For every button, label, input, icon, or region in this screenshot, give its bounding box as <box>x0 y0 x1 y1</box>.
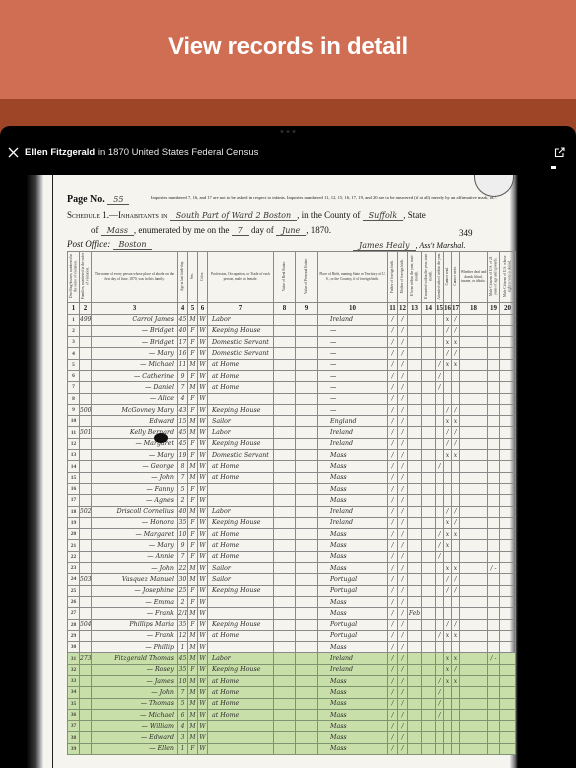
cell-f: / <box>388 676 398 687</box>
table-row[interactable]: 27— Frank2/12MWMass//Feb <box>68 608 516 619</box>
cell-f: / <box>388 404 398 415</box>
cell-dwelling <box>80 540 92 551</box>
cell-f: / <box>388 574 398 585</box>
cell-dwelling: 273 <box>80 653 92 664</box>
cell-empty <box>274 743 296 754</box>
cell-name: — Edward <box>92 732 178 743</box>
cell-write <box>452 370 460 381</box>
cell-read: / <box>444 404 452 415</box>
cell-read: x <box>444 529 452 540</box>
cell-age: 1 <box>178 743 188 754</box>
cell-cit <box>488 529 500 540</box>
marshal-signature: James Healy <box>353 241 416 251</box>
cell-m: / <box>398 721 408 732</box>
cell-empty <box>460 517 488 528</box>
table-row[interactable]: 2— Bridget40FWKeeping House—//// <box>68 325 516 336</box>
table-row[interactable]: 18502Driscoll Cornelius40MWLaborIreland/… <box>68 506 516 517</box>
table-row[interactable]: 9500McGovney Mary43FWKeeping House—//// <box>68 404 516 415</box>
cell-sex: M <box>188 359 198 370</box>
table-row[interactable]: 26— Emma2FWMass// <box>68 596 516 607</box>
cell-pob: Mass <box>318 721 388 732</box>
cell-sex: M <box>188 709 198 720</box>
cell-age: 7 <box>178 551 188 562</box>
cell-age: 15 <box>178 416 188 427</box>
sheet-drag-handle[interactable] <box>281 130 296 133</box>
table-row-highlighted[interactable]: 31273Fitzgerald Thomas45MWLaborIreland//… <box>68 653 516 664</box>
cell-cit <box>488 404 500 415</box>
table-row[interactable]: 12— Margaret45FWKeeping HouseIreland//// <box>68 438 516 449</box>
cell-pob: — <box>318 404 388 415</box>
cell-line: 24 <box>68 574 80 585</box>
table-row-highlighted[interactable]: 33— James10MWat HomeMass///xx <box>68 676 516 687</box>
cell-empty <box>460 472 488 483</box>
cell-dwelling <box>80 596 92 607</box>
cell-cit <box>488 687 500 698</box>
table-row[interactable]: 4— Mary16FWDomestic Servant—//// <box>68 348 516 359</box>
cell-sex: M <box>188 698 198 709</box>
cell-m: / <box>398 551 408 562</box>
cell-empty <box>460 630 488 641</box>
cell-empty <box>460 314 488 325</box>
table-row-highlighted[interactable]: 39— Ellen1FWMass// <box>68 743 516 754</box>
cell-empty <box>422 551 436 562</box>
cell-empty <box>296 348 318 359</box>
cell-born <box>408 472 422 483</box>
cell-line: 1 <box>68 314 80 325</box>
cell-write <box>452 483 460 494</box>
cell-empty <box>296 416 318 427</box>
cell-pob: Portugal <box>318 585 388 596</box>
cell-empty <box>422 743 436 754</box>
cell-f: / <box>388 359 398 370</box>
cell-empty <box>422 653 436 664</box>
cell-line: 13 <box>68 450 80 461</box>
cell-f: / <box>388 506 398 517</box>
table-row[interactable]: 24503Vasquez Manuel30MWSailorPortugal///… <box>68 574 516 585</box>
cell-dwelling <box>80 642 92 653</box>
cell-name: — Mary <box>92 348 178 359</box>
marshal-line: James Healy, Ass't Marshal. <box>353 241 466 250</box>
cell-empty <box>500 574 516 585</box>
cell-write: / <box>452 574 460 585</box>
cell-empty <box>274 483 296 494</box>
cell-school <box>436 563 444 574</box>
cell-empty <box>274 709 296 720</box>
cell-name: — John <box>92 687 178 698</box>
table-row[interactable]: 14— George8MWat HomeMass/// <box>68 461 516 472</box>
cell-pob: Portugal <box>318 619 388 630</box>
cell-empty <box>500 450 516 461</box>
cell-born <box>408 370 422 381</box>
cell-sex: F <box>188 483 198 494</box>
cell-empty <box>274 608 296 619</box>
cell-empty <box>274 574 296 585</box>
cell-dwelling <box>80 664 92 675</box>
cell-color: W <box>198 495 208 506</box>
cell-name: — George <box>92 461 178 472</box>
cell-write: / <box>452 517 460 528</box>
cell-empty <box>500 438 516 449</box>
cell-m: / <box>398 427 408 438</box>
cell-name: — Mary <box>92 540 178 551</box>
cell-school: / <box>436 698 444 709</box>
cell-age: 5 <box>178 483 188 494</box>
cell-empty <box>500 630 516 641</box>
cell-school: / <box>436 461 444 472</box>
cell-read <box>444 732 452 743</box>
cell-line: 37 <box>68 721 80 732</box>
cell-read: / <box>444 325 452 336</box>
cell-occupation: at Home <box>208 551 274 562</box>
cell-empty <box>274 382 296 393</box>
cell-empty <box>500 416 516 427</box>
table-row-highlighted[interactable]: 38— Edward3MWMass// <box>68 732 516 743</box>
cell-empty <box>460 619 488 630</box>
table-row-highlighted[interactable]: 37— William4MWMass// <box>68 721 516 732</box>
cell-empty <box>296 404 318 415</box>
cell-empty <box>274 506 296 517</box>
cell-cit <box>488 416 500 427</box>
cell-read: / <box>444 348 452 359</box>
cell-empty <box>500 393 516 404</box>
cell-write <box>452 551 460 562</box>
cell-empty <box>460 450 488 461</box>
cell-empty <box>460 427 488 438</box>
cell-empty <box>422 370 436 381</box>
cell-age: 6 <box>178 709 188 720</box>
table-row[interactable]: 7— Daniel7MWat Home—/// <box>68 382 516 393</box>
cell-cit <box>488 506 500 517</box>
cell-empty <box>274 596 296 607</box>
cell-write <box>452 596 460 607</box>
cell-age: 43 <box>178 404 188 415</box>
cell-cit <box>488 619 500 630</box>
cell-f: / <box>388 370 398 381</box>
cell-empty <box>460 676 488 687</box>
table-row-highlighted[interactable]: 32— Rosey35FWKeeping HouseIreland//x/ <box>68 664 516 675</box>
cell-empty <box>422 450 436 461</box>
cell-m: / <box>398 393 408 404</box>
table-row[interactable]: 17— Agnes2FWMass// <box>68 495 516 506</box>
cell-pob: — <box>318 337 388 348</box>
cell-occupation: Keeping House <box>208 619 274 630</box>
cell-born <box>408 585 422 596</box>
cell-cit <box>488 359 500 370</box>
cell-m: / <box>398 743 408 754</box>
cell-born <box>408 709 422 720</box>
cell-read <box>444 382 452 393</box>
cell-empty <box>460 359 488 370</box>
cell-name: — Catherine <box>92 370 178 381</box>
table-row[interactable]: 22— Annie7FWat HomeMass/// <box>68 551 516 562</box>
cell-read: / <box>444 506 452 517</box>
cell-occupation: Keeping House <box>208 325 274 336</box>
cell-occupation: Labor <box>208 506 274 517</box>
cell-empty <box>274 653 296 664</box>
cell-write: x <box>452 359 460 370</box>
cell-cit <box>488 721 500 732</box>
table-row[interactable]: 28504Phillips Maria35FWKeeping HousePort… <box>68 619 516 630</box>
table-row[interactable]: 19— Honora35FWKeeping HouseIreland//x/ <box>68 517 516 528</box>
cell-age: 7 <box>178 472 188 483</box>
cell-line: 18 <box>68 506 80 517</box>
cell-cit <box>488 709 500 720</box>
table-row[interactable]: 3— Bridget17FWDomestic Servant—//xx <box>68 337 516 348</box>
cell-age: 19 <box>178 450 188 461</box>
table-row[interactable]: 25— Josephine25FWKeeping HousePortugal//… <box>68 585 516 596</box>
cell-write: / <box>452 506 460 517</box>
cell-f: / <box>388 721 398 732</box>
cell-line: 11 <box>68 427 80 438</box>
cell-color: W <box>198 348 208 359</box>
table-row[interactable]: 16— Fanny5FWMass// <box>68 483 516 494</box>
table-row-highlighted[interactable]: 36— Michael6MWat HomeMass/// <box>68 709 516 720</box>
cell-f: / <box>388 325 398 336</box>
column-number-row: 123 456 789 101112 131415 161718 1920 <box>68 302 516 314</box>
cell-f: / <box>388 743 398 754</box>
table-row[interactable]: 29— Frank12MWat HomePortugal///xx <box>68 630 516 641</box>
cell-empty <box>460 438 488 449</box>
cell-write <box>452 709 460 720</box>
cell-read <box>444 596 452 607</box>
day-value: 7 <box>232 226 249 236</box>
table-row-highlighted[interactable]: 35— Thomas5MWat HomeMass/// <box>68 698 516 709</box>
cell-born <box>408 416 422 427</box>
cell-empty <box>500 619 516 630</box>
cell-occupation: at Home <box>208 630 274 641</box>
cell-empty <box>296 721 318 732</box>
close-button[interactable] <box>2 141 24 163</box>
cell-cit <box>488 450 500 461</box>
table-row[interactable]: 11501Kelly Bernard45MWLaborIreland//// <box>68 427 516 438</box>
cell-empty <box>500 517 516 528</box>
cell-f: / <box>388 563 398 574</box>
cell-write <box>452 495 460 506</box>
cell-school <box>436 619 444 630</box>
cell-born <box>408 529 422 540</box>
cell-cit <box>488 472 500 483</box>
cell-name: — John <box>92 563 178 574</box>
cell-empty <box>500 337 516 348</box>
cell-sex: F <box>188 495 198 506</box>
cell-m: / <box>398 506 408 517</box>
cell-empty <box>460 551 488 562</box>
census-page-image[interactable]: Page No. 55 Inquiries numbered 7, 16, an… <box>44 175 510 768</box>
scrollbar-thumb[interactable] <box>551 166 556 169</box>
cell-school <box>436 721 444 732</box>
cell-line: 38 <box>68 732 80 743</box>
cell-occupation: Keeping House <box>208 664 274 675</box>
cell-empty <box>500 483 516 494</box>
cell-empty <box>274 529 296 540</box>
cell-f: / <box>388 472 398 483</box>
cell-write: x <box>452 416 460 427</box>
cell-dwelling <box>80 732 92 743</box>
cell-write: / <box>452 664 460 675</box>
cell-dwelling <box>80 438 92 449</box>
table-row[interactable]: 1499Carrol James45MWLaborIreland//x/ <box>68 314 516 325</box>
cell-school: / <box>436 630 444 641</box>
cell-pob: Mass <box>318 461 388 472</box>
cell-write: / <box>452 427 460 438</box>
cell-color: W <box>198 382 208 393</box>
cell-line: 3 <box>68 337 80 348</box>
open-external-button[interactable] <box>550 143 568 161</box>
cell-f: / <box>388 393 398 404</box>
cell-line: 34 <box>68 687 80 698</box>
cell-dwelling <box>80 337 92 348</box>
cell-line: 27 <box>68 608 80 619</box>
cell-color: W <box>198 709 208 720</box>
cell-empty <box>274 642 296 653</box>
cell-occupation: Labor <box>208 427 274 438</box>
cell-sex: F <box>188 551 198 562</box>
cell-dwelling: 503 <box>80 574 92 585</box>
cell-sex: M <box>188 608 198 619</box>
cell-empty <box>274 619 296 630</box>
cell-line: 16 <box>68 483 80 494</box>
cell-empty <box>500 732 516 743</box>
cell-color: W <box>198 732 208 743</box>
cell-color: W <box>198 619 208 630</box>
table-row[interactable]: 8— Alice4FW—// <box>68 393 516 404</box>
cell-empty <box>460 709 488 720</box>
cell-line: 5 <box>68 359 80 370</box>
cell-occupation: Sailor <box>208 563 274 574</box>
cell-cit <box>488 461 500 472</box>
cell-empty <box>422 314 436 325</box>
cell-occupation: Labor <box>208 314 274 325</box>
table-row[interactable]: 23— John22MWSailorMass//xx/ - <box>68 563 516 574</box>
cell-occupation <box>208 495 274 506</box>
cell-write <box>452 642 460 653</box>
cell-empty <box>460 540 488 551</box>
cell-school <box>436 337 444 348</box>
cell-color: W <box>198 314 208 325</box>
viewer-topbar: Ellen Fitzgerald in 1870 United States F… <box>0 140 576 164</box>
cell-school <box>436 438 444 449</box>
cell-empty <box>500 653 516 664</box>
cell-born <box>408 382 422 393</box>
cell-pob: Mass <box>318 540 388 551</box>
cell-m: / <box>398 574 408 585</box>
cell-dwelling <box>80 517 92 528</box>
cell-school <box>436 472 444 483</box>
cell-write <box>452 461 460 472</box>
cell-empty <box>296 427 318 438</box>
cell-m: / <box>398 495 408 506</box>
cell-read <box>444 551 452 562</box>
cell-born <box>408 664 422 675</box>
cell-born <box>408 540 422 551</box>
cell-empty <box>296 743 318 754</box>
cell-read <box>444 698 452 709</box>
table-row[interactable]: 6— Catherine9FWat Home—/// <box>68 370 516 381</box>
cell-pob: Mass <box>318 698 388 709</box>
cell-born <box>408 743 422 754</box>
cell-read: x <box>444 630 452 641</box>
cell-born <box>408 551 422 562</box>
cell-age: 45 <box>178 427 188 438</box>
cell-m: / <box>398 676 408 687</box>
cell-read: x <box>444 664 452 675</box>
cell-m: / <box>398 698 408 709</box>
cell-occupation <box>208 743 274 754</box>
cell-empty <box>460 608 488 619</box>
cell-line: 2 <box>68 325 80 336</box>
cell-pob: Portugal <box>318 574 388 585</box>
cell-line: 28 <box>68 619 80 630</box>
cell-age: 10 <box>178 529 188 540</box>
cell-empty <box>460 732 488 743</box>
table-row[interactable]: 15— John7MWat HomeMass// <box>68 472 516 483</box>
cell-sex: M <box>188 382 198 393</box>
cell-color: W <box>198 608 208 619</box>
enumeration-line: of Mass, enumerated by me on the 7 day o… <box>91 225 331 235</box>
cell-color: W <box>198 416 208 427</box>
cell-empty <box>500 540 516 551</box>
cell-color: W <box>198 483 208 494</box>
cell-pob: Portugal <box>318 630 388 641</box>
cell-empty <box>422 642 436 653</box>
cell-empty <box>296 495 318 506</box>
cell-empty <box>274 359 296 370</box>
cell-born <box>408 698 422 709</box>
cell-name: Vasquez Manuel <box>92 574 178 585</box>
cell-f: / <box>388 461 398 472</box>
cell-occupation: Keeping House <box>208 404 274 415</box>
cell-occupation: Keeping House <box>208 517 274 528</box>
cell-dwelling <box>80 687 92 698</box>
cell-dwelling <box>80 472 92 483</box>
cell-line: 7 <box>68 382 80 393</box>
table-row[interactable]: 5— Michael11MWat Home—///xx <box>68 359 516 370</box>
cell-empty <box>274 438 296 449</box>
cell-f: / <box>388 630 398 641</box>
table-row[interactable]: 21— Mary9FWat HomeMass///x <box>68 540 516 551</box>
cell-empty <box>274 404 296 415</box>
cell-dwelling <box>80 370 92 381</box>
cell-sex: M <box>188 461 198 472</box>
cell-empty <box>274 540 296 551</box>
cell-color: W <box>198 540 208 551</box>
cell-m: / <box>398 619 408 630</box>
record-title: Ellen Fitzgerald in 1870 United States F… <box>25 147 258 158</box>
table-row[interactable]: 20— Margaret10FWat HomeMass///xx <box>68 529 516 540</box>
cell-empty <box>274 721 296 732</box>
cell-sex: F <box>188 438 198 449</box>
table-row[interactable]: 10Edward15MWSailorEngland//xx <box>68 416 516 427</box>
cell-write: x <box>452 653 460 664</box>
cell-pob: Mass <box>318 495 388 506</box>
page-number-value: 55 <box>107 195 129 205</box>
table-row[interactable]: 30— Phillip1MWMass// <box>68 642 516 653</box>
cell-f: / <box>388 382 398 393</box>
cell-age: 5 <box>178 698 188 709</box>
cell-occupation: Sailor <box>208 574 274 585</box>
cell-school: / <box>436 676 444 687</box>
cell-empty <box>296 483 318 494</box>
cell-empty <box>296 698 318 709</box>
cell-empty <box>274 416 296 427</box>
cell-school: / <box>436 359 444 370</box>
cell-empty <box>500 563 516 574</box>
cell-occupation: at Home <box>208 382 274 393</box>
table-row-highlighted[interactable]: 34— John7MWat HomeMass/// <box>68 687 516 698</box>
table-row[interactable]: 13— Mary19FWDomestic ServantMass//xx <box>68 450 516 461</box>
cell-read <box>444 461 452 472</box>
cell-empty <box>274 664 296 675</box>
